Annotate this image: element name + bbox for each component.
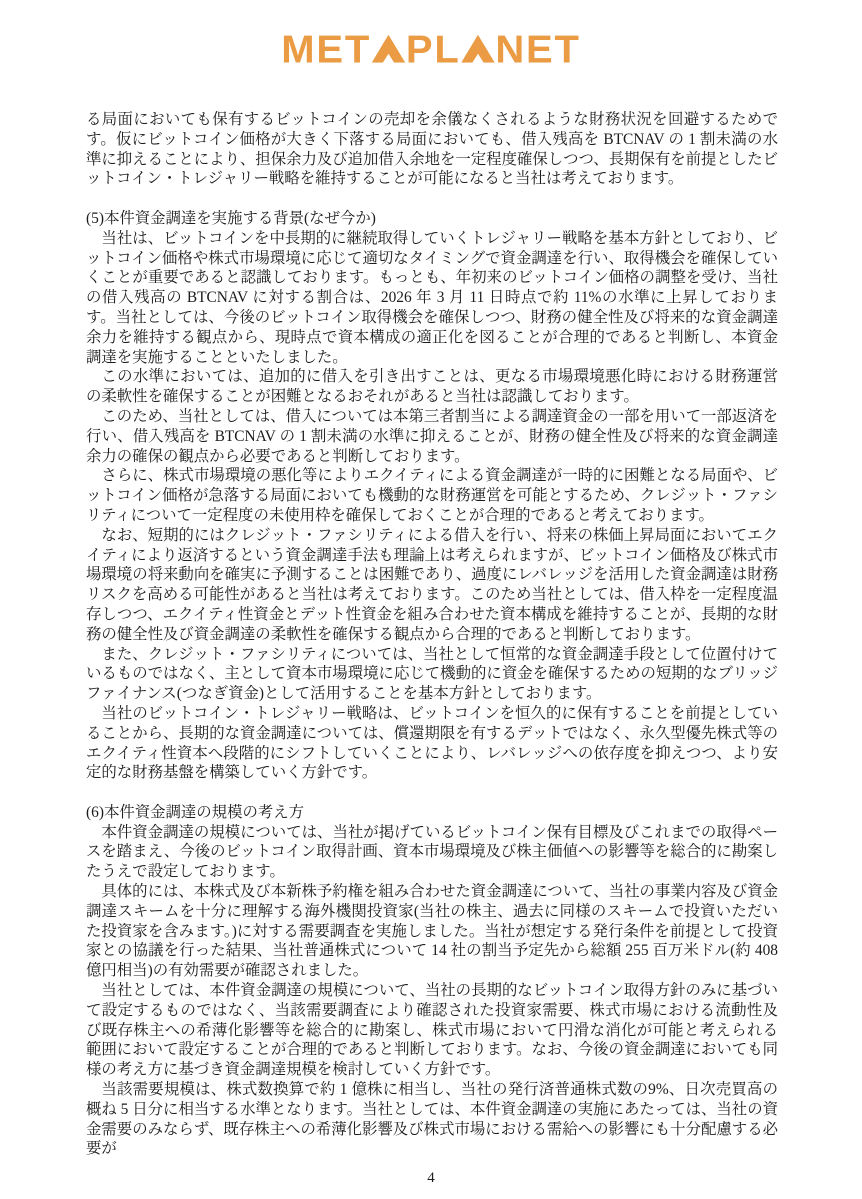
section-5-paragraph-7: 当社のビットコイン・トレジャリー戦略は、ビットコインを恒久的に保有することを前提… <box>86 704 778 783</box>
page-header: METPLNET <box>0 0 862 73</box>
logo-letter: N <box>495 28 526 71</box>
logo-letter: P <box>406 28 434 71</box>
section-5-paragraph-3: このため、当社としては、借入については本第三者割当による調達資金の一部を用いて一… <box>86 407 778 466</box>
logo-letter: T <box>555 28 581 71</box>
continuation-paragraph: る局面においても保有するビットコインの売却を余儀なくされるような財務状況を回避す… <box>86 110 778 189</box>
section-6-paragraph-3: 当社としては、本件資金調達の規模について、当社の長期的なビットコイン取得方針のみ… <box>86 981 778 1080</box>
section-5-paragraph-2: この水準においては、追加的に借入を引き出すことは、更なる市場環境悪化時における財… <box>86 367 778 407</box>
section-5-heading: (5)本件資金調達を実施する背景(なぜ今か) <box>86 209 778 229</box>
section-5-paragraph-6: また、クレジット・ファシリティについては、当社として恒常的な資金調達手段として位… <box>86 645 778 704</box>
logo-letter-a-triangle <box>461 35 495 63</box>
section-6-paragraph-4: 当該需要規模は、株式数換算で約 1 億株に相当し、当社の発行済普通株式数の9%、… <box>86 1080 778 1159</box>
logo-letter-a-triangle <box>372 35 406 63</box>
page-footer: 4 <box>0 1170 862 1187</box>
metaplanet-logo: METPLNET <box>281 27 581 72</box>
section-5-paragraph-5: なお、短期的にはクレジット・ファシリティによる借入を行い、将来の株価上昇局面にお… <box>86 526 778 645</box>
section-5-paragraph-4: さらに、株式市場環境の悪化等によりエクイティによる資金調達が一時的に困難となる局… <box>86 466 778 525</box>
page-number: 4 <box>427 1170 435 1186</box>
section-6-heading: (6)本件資金調達の規模の考え方 <box>86 803 778 823</box>
logo-letter: T <box>345 28 371 71</box>
logo-letter: E <box>316 28 344 71</box>
section-6-paragraph-2: 具体的には、本株式及び本新株予約権を組み合わせた資金調達について、当社の事業内容… <box>86 882 778 981</box>
document-body: る局面においても保有するビットコインの売却を余儀なくされるような財務状況を回避す… <box>86 110 778 1159</box>
section-5-paragraph-1: 当社は、ビットコインを中長期的に継続取得していくトレジャリー戦略を基本方針として… <box>86 229 778 368</box>
logo-letter: M <box>281 28 316 71</box>
document-page: METPLNET る局面においても保有するビットコインの売却を余儀なくされるよう… <box>0 0 862 1199</box>
logo-letter: L <box>434 28 460 71</box>
section-6-paragraph-1: 本件資金調達の規模については、当社が掲げているビットコイン保有目標及びこれまでの… <box>86 823 778 882</box>
logo-letter: E <box>526 28 554 71</box>
